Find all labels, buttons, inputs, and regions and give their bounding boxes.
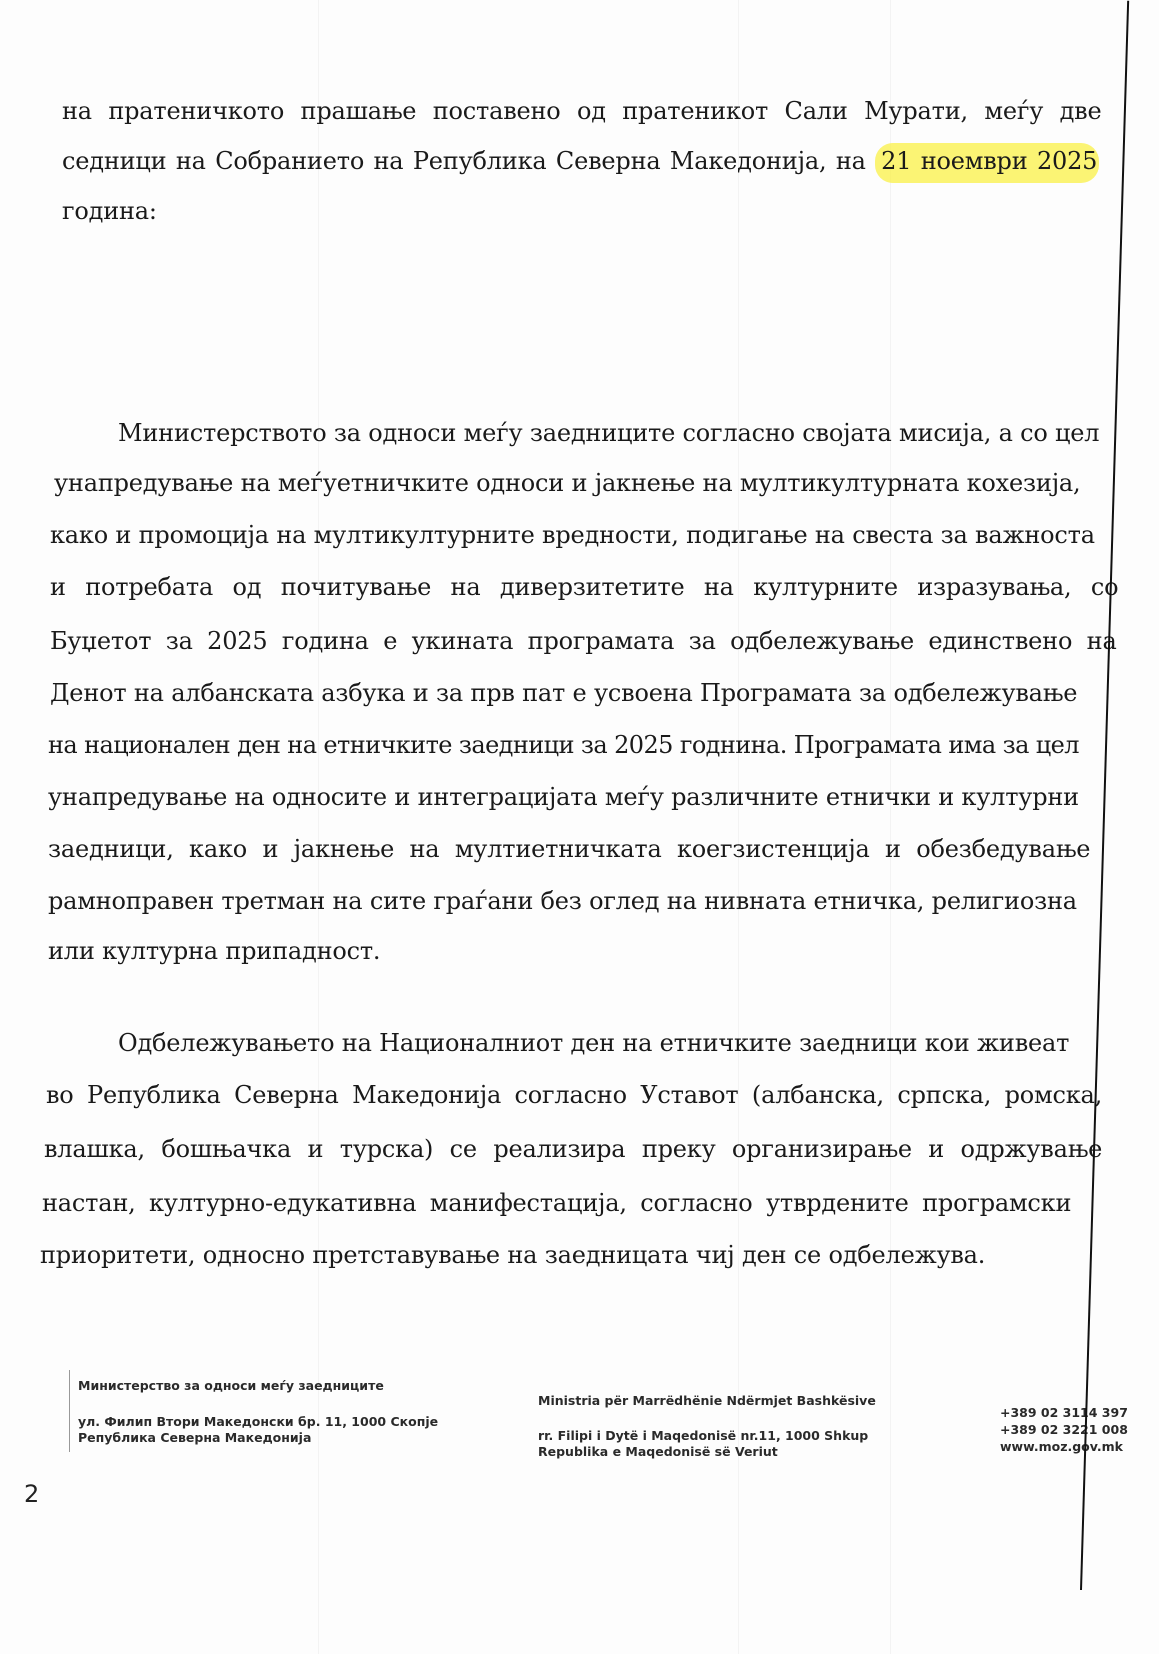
footer-divider [69,1370,70,1452]
body-line: на пратеничкото прашање поставено од пра… [62,96,1101,126]
document-page: на пратеничкото прашање поставено од пра… [0,0,1159,1654]
body-line: унапредување на односите и интеграцијата… [48,782,1079,812]
body-line: унапредување на меѓуетничките односи и ј… [54,468,1080,498]
body-line: и потребата од почитување на диверзитети… [50,572,1118,602]
body-line: Министерството за односи меѓу заедниците… [118,418,1099,448]
fold-mark [318,0,319,1654]
body-line: настан, културно-едукативна манифестациј… [42,1188,1071,1218]
body-line: Денот на албанската азбука и за прв пат … [50,678,1077,708]
pen-margin-line [1080,1,1129,1590]
body-line: приоритети, односно претставување на зае… [40,1240,985,1270]
body-line: во Република Северна Македонија согласно… [46,1080,1102,1110]
footer-mk-address: ул. Филип Втори Македонски бр. 11, 1000 … [78,1414,438,1430]
footer-website: www.moz.gov.mk [1000,1439,1123,1455]
footer-sq-country: Republika e Maqedonisë së Veriut [538,1444,778,1460]
body-line: како и промоција на мултикултурните вред… [50,520,1095,550]
footer-phone: +389 02 3221 008 [1000,1422,1128,1438]
page-number: 2 [24,1480,39,1508]
footer-mk-name: Министерство за односи меѓу заедниците [78,1378,384,1394]
body-line: година: [62,196,157,226]
body-line: рамноправен третман на сите граѓани без … [48,886,1077,916]
highlighted-date: 21 ноември 2025 [875,143,1099,183]
body-line: заедници, како и јакнење на мултиетничка… [48,834,1090,864]
body-line: Одбележувањето на Националниот ден на ет… [118,1028,1069,1058]
fold-mark [890,0,891,1654]
footer-mk-country: Република Северна Македонија [78,1430,311,1446]
body-line: влашка, бошњачка и турска) се реализира … [44,1134,1102,1164]
body-line: седници на Собранието на Република Север… [62,146,1099,176]
body-line: или културна припадност. [48,936,380,966]
body-line: Буџетот за 2025 година е укината програм… [50,626,1117,656]
footer-sq-address: rr. Filipi i Dytë i Maqedonisë nr.11, 10… [538,1428,868,1444]
footer-sq-name: Ministria për Marrëdhënie Ndërmjet Bashk… [538,1393,876,1409]
body-line: на национален ден на етничките заедници … [48,730,1079,760]
footer-phone: +389 02 3114 397 [1000,1405,1128,1421]
body-text: седници на Собранието на Република Север… [62,147,875,175]
